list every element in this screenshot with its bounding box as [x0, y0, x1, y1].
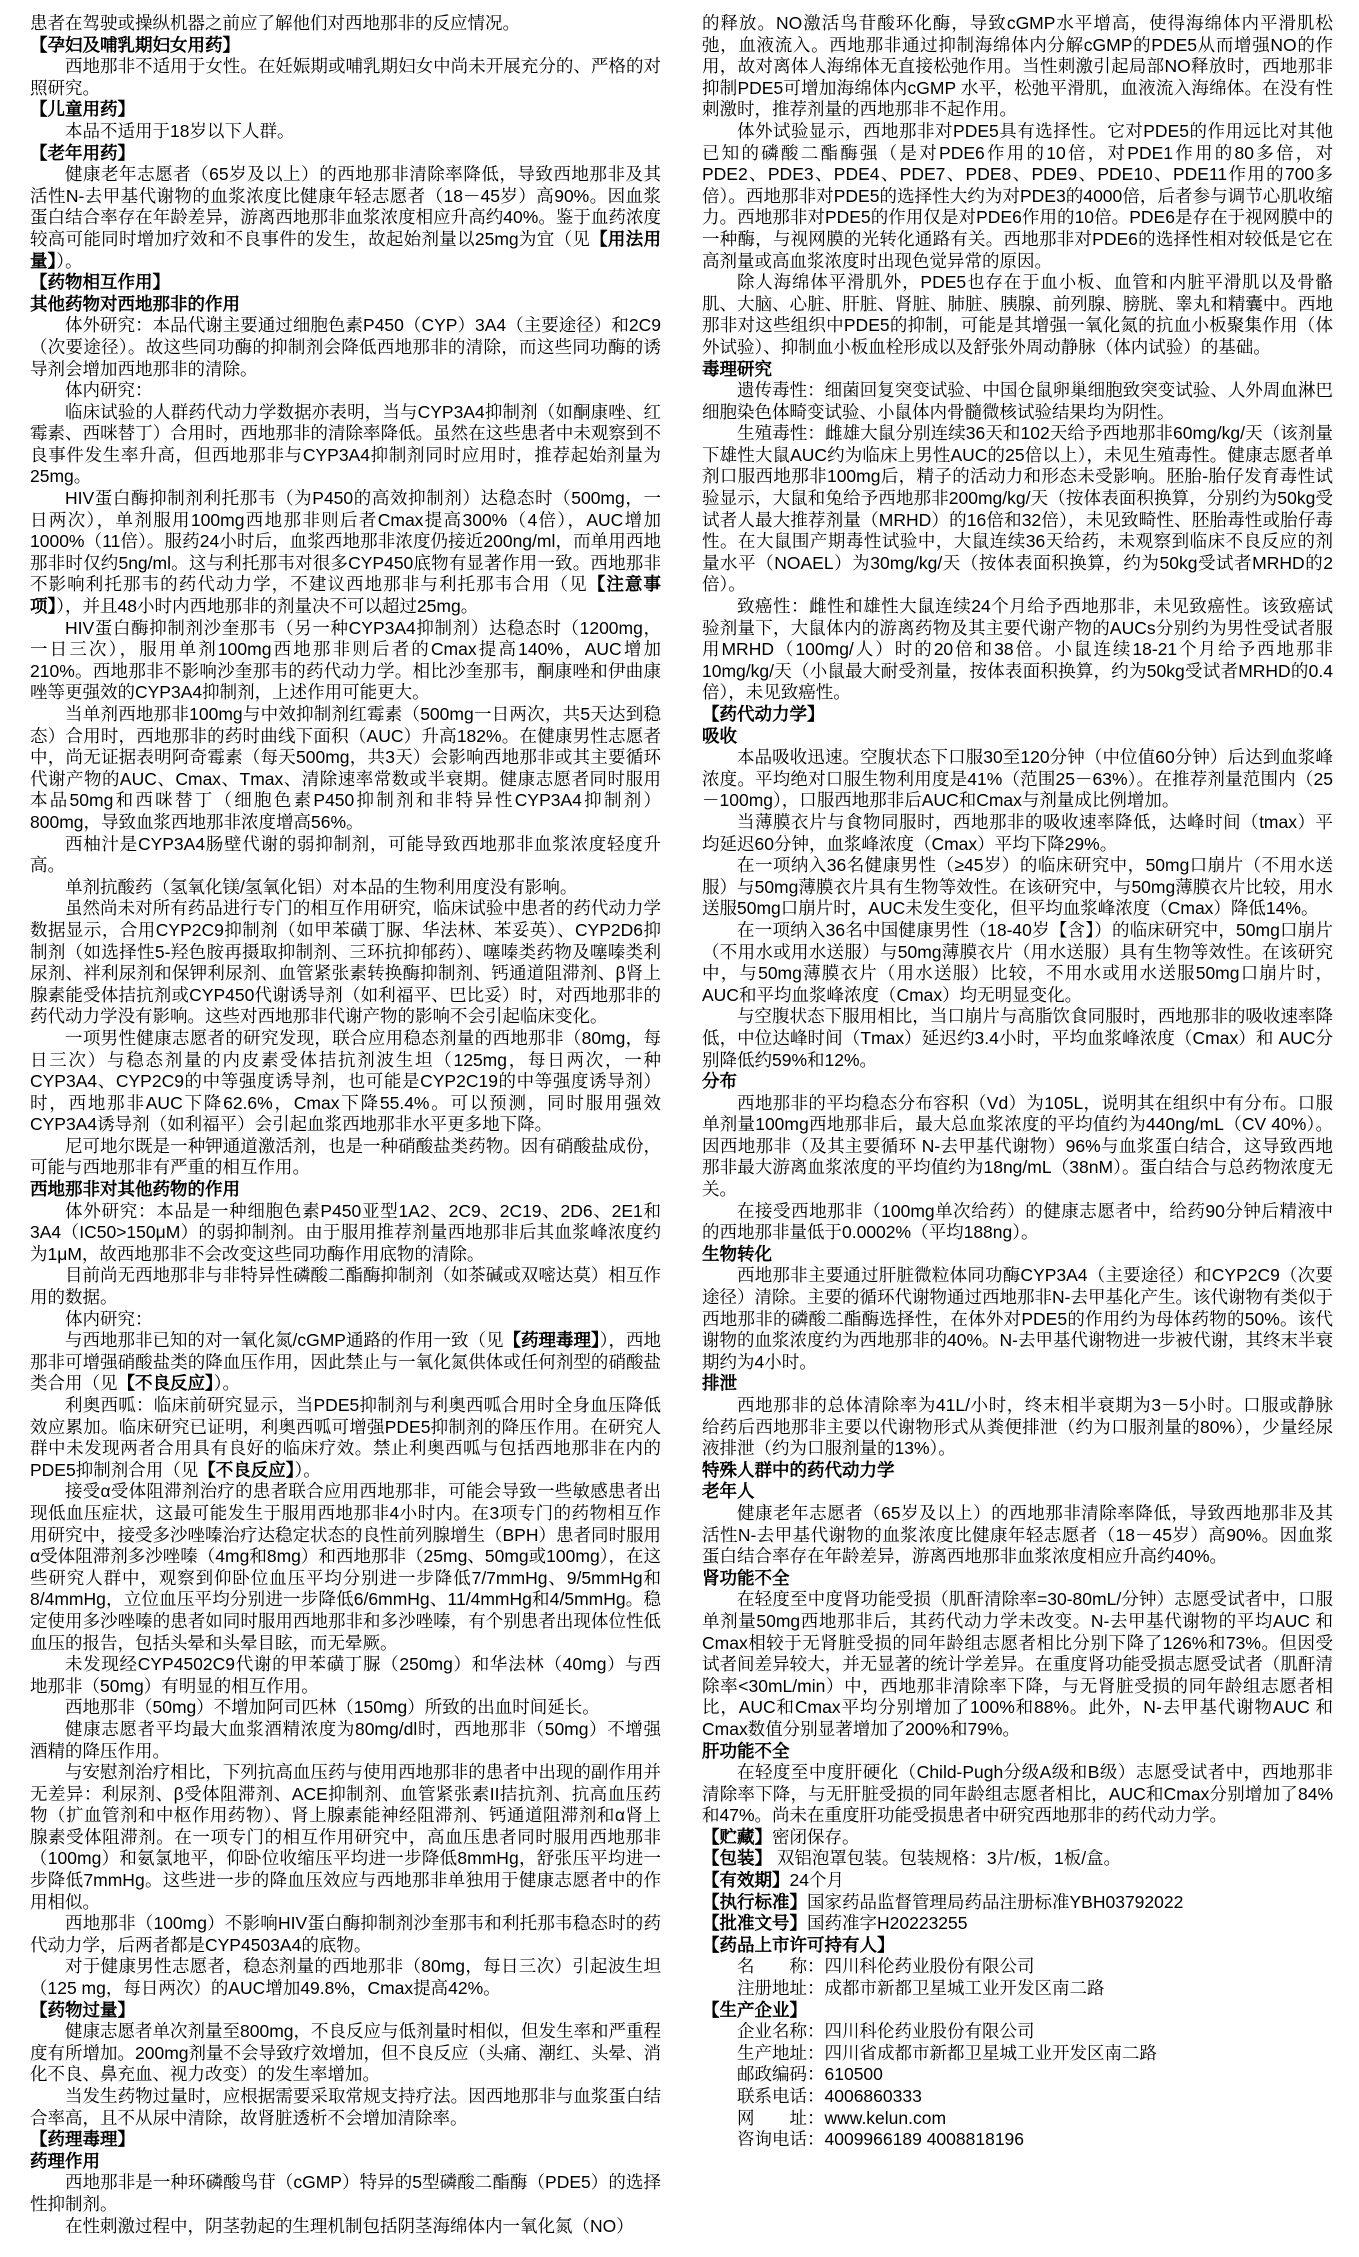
paragraph: 体外研究：本品是一种细胞色素P450亚型1A2、2C9、2C19、2D6、2E1…	[30, 1201, 661, 1266]
paragraph: 临床试验的人群药代动力学数据亦表明，当与CYP3A4抑制剂（如酮康唑、红霉素、西…	[30, 402, 661, 488]
labeled-field-line: 【批准文号】国药准字H20223255	[702, 1913, 1333, 1935]
field-line: 名 称：四川科伦药业股份有限公司	[702, 1956, 1333, 1978]
paragraph-continuation: 患者在驾驶或操纵机器之前应了解他们对西地那非的反应情况。	[30, 13, 661, 35]
paragraph: 当发生药物过量时，应根据需要采取常规支持疗法。因西地那非与血浆蛋白结合率高，且不…	[30, 2086, 661, 2129]
section-header: 【药物相互作用】	[30, 272, 661, 294]
field-line: 生产地址：四川省成都市新都卫星城工业开发区南二路	[702, 2043, 1333, 2065]
section-header: 【药代动力学】	[702, 704, 1333, 726]
section-header: 【儿童用药】	[30, 99, 661, 121]
paragraph: 西地那非不适用于女性。在妊娠期或哺乳期妇女中尚未开展充分的、严格的对照研究。	[30, 56, 661, 99]
labeled-field-line: 【包装】 双铝泡罩包装。包装规格：3片/板，1板/盒。	[702, 1848, 1333, 1870]
paragraph: 当单剂西地那非100mg与中效抑制剂红霉素（500mg一日两次，共5天达到稳态）…	[30, 704, 661, 834]
paragraph: 体外试验显示，西地那非对PDE5具有选择性。它对PDE5的作用远比对其他已知的磷…	[702, 121, 1333, 272]
labeled-field-line: 【执行标准】国家药品监督管理局药品注册标准YBH03792022	[702, 1892, 1333, 1914]
section-header: 【药理毒理】	[30, 2129, 661, 2151]
field-line: 企业名称：四川科伦药业股份有限公司	[702, 2021, 1333, 2043]
subheading: 吸收	[702, 726, 1333, 748]
subheading: 老年人	[702, 1481, 1333, 1503]
paragraph: 在一项纳入36名中国健康男性（18-40岁【含】）的临床研究中，50mg口崩片（…	[702, 920, 1333, 1006]
paragraph: 西地那非是一种环磷酸鸟苷（cGMP）特异的5型磷酸二酯酶（PDE5）的选择性抑制…	[30, 2172, 661, 2215]
subheading: 西地那非对其他药物的作用	[30, 1179, 661, 1201]
paragraph: 遗传毒性：细菌回复突变试验、中国仓鼠卵巢细胞致突变试验、人外周血淋巴细胞染色体畸…	[702, 380, 1333, 423]
paragraph: 健康老年志愿者（65岁及以上）的西地那非清除率降低，导致西地那非及其活性N-去甲…	[30, 164, 661, 272]
paragraph: 在轻度至中度肾功能受损（肌酐清除率=30-80mL/分钟）志愿受试者中，口服单剂…	[702, 1589, 1333, 1740]
subheading: 其他药物对西地那非的作用	[30, 294, 661, 316]
paragraph: 未发现经CYP4502C9代谢的甲苯磺丁脲（250mg）和华法林（40mg）与西…	[30, 1654, 661, 1697]
paragraph-continuation: 的释放。NO激活鸟苷酸环化酶，导致cGMP水平增高，使得海绵体内平滑肌松弛，血液…	[702, 13, 1333, 121]
paragraph: 西地那非（50mg）不增加阿司匹林（150mg）所致的出血时间延长。	[30, 1697, 661, 1719]
paragraph: 西地那非的平均稳态分布容积（Vd）为105L，说明其在组织中有分布。口服单剂量1…	[702, 1093, 1333, 1201]
section-header: 【药物过量】	[30, 2000, 661, 2022]
paragraph: 西地那非主要通过肝脏微粒体同功酶CYP3A4（主要途径）和CYP2C9（次要途径…	[702, 1265, 1333, 1373]
subheading: 排泄	[702, 1373, 1333, 1395]
labeled-field-line: 【贮藏】密闭保存。	[702, 1827, 1333, 1849]
paragraph: 单剂抗酸药（氢氧化镁/氢氧化铝）对本品的生物利用度没有影响。	[30, 877, 661, 899]
subheading: 肾功能不全	[702, 1568, 1333, 1590]
field-line: 邮政编码：610500	[702, 2064, 1333, 2086]
subheading: 药理作用	[30, 2151, 661, 2173]
paragraph: 与安慰剂治疗相比，下列抗高血压药与使用西地那非的患者中出现的副作用并无差异：利尿…	[30, 1762, 661, 1913]
labeled-field-line: 【有效期】24个月	[702, 1870, 1333, 1892]
paragraph: 在性刺激过程中，阴茎勃起的生理机制包括阴茎海绵体内一氧化氮（NO）	[30, 2216, 661, 2238]
section-header: 【生产企业】	[702, 2000, 1333, 2022]
subheading: 生物转化	[702, 1244, 1333, 1266]
paragraph: 健康志愿者平均最大血浆酒精浓度为80mg/dl时，西地那非（50mg）不增强酒精…	[30, 1719, 661, 1762]
field-line: 注册地址：成都市新都卫星城工业开发区南二路	[702, 1978, 1333, 2000]
paragraph: 接受α受体阻滞剂治疗的患者联合应用西地那非，可能会导致一些敏感患者出现低血压症状…	[30, 1481, 661, 1654]
paragraph: 西柚汁是CYP3A4肠壁代谢的弱抑制剂，可能导致西地那非血浆浓度轻度升高。	[30, 834, 661, 877]
paragraph: 体内研究：	[30, 1309, 661, 1331]
field-line: 网 址：www.kelun.com	[702, 2108, 1333, 2130]
paragraph: 健康老年志愿者（65岁及以上）的西地那非清除率降低，导致西地那非及其活性N-去甲…	[702, 1503, 1333, 1568]
subheading: 肝功能不全	[702, 1741, 1333, 1763]
paragraph: 在轻度至中度肝硬化（Child-Pugh分级A级和B级）志愿受试者中，西地那非清…	[702, 1762, 1333, 1827]
paragraph: 体内研究：	[30, 380, 661, 402]
paragraph: 除人海绵体平滑肌外，PDE5也存在于血小板、血管和内脏平滑肌以及骨骼肌、大脑、心…	[702, 272, 1333, 358]
paragraph: 虽然尚未对所有药品进行专门的相互作用研究，临床试验中患者的药代动力学数据显示，合…	[30, 898, 661, 1028]
paragraph: 与西地那非已知的对一氧化氮/cGMP通路的作用一致（见【药理毒理】），西地那非可…	[30, 1330, 661, 1395]
paragraph: 对于健康男性志愿者，稳态剂量的西地那非（80mg，每日三次）引起波生坦（125 …	[30, 1956, 661, 1999]
section-header: 【孕妇及哺乳期妇女用药】	[30, 35, 661, 57]
left-column: 患者在驾驶或操纵机器之前应了解他们对西地那非的反应情况。【孕妇及哺乳期妇女用药】…	[30, 13, 661, 2237]
section-header: 【老年用药】	[30, 143, 661, 165]
paragraph: 西地那非的总体清除率为41L/小时，终末相半衰期为3－5小时。口服或静脉给药后西…	[702, 1395, 1333, 1460]
paragraph: 在一项纳入36名健康男性（≥45岁）的临床研究中，50mg口崩片（不用水送服）与…	[702, 855, 1333, 920]
paragraph: 在接受西地那非（100mg单次给药）的健康志愿者中，给药90分钟后精液中的西地那…	[702, 1201, 1333, 1244]
subheading: 分布	[702, 1071, 1333, 1093]
paragraph: 目前尚无西地那非与非特异性磷酸二酯酶抑制剂（如茶碱或双嘧达莫）相互作用的数据。	[30, 1265, 661, 1308]
paragraph: 西地那非（100mg）不影响HIV蛋白酶抑制剂沙奎那韦和利托那韦稳态时的药代动力…	[30, 1913, 661, 1956]
drug-leaflet-page: 患者在驾驶或操纵机器之前应了解他们对西地那非的反应情况。【孕妇及哺乳期妇女用药】…	[0, 0, 1359, 2257]
subheading: 毒理研究	[702, 359, 1333, 381]
paragraph: HIV蛋白酶抑制剂利托那韦（为P450的高效抑制剂）达稳态时（500mg，一日两…	[30, 488, 661, 618]
right-column: 的释放。NO激活鸟苷酸环化酶，导致cGMP水平增高，使得海绵体内平滑肌松弛，血液…	[702, 13, 1333, 2237]
paragraph: 致癌性：雌性和雄性大鼠连续24个月给予西地那非，未见致癌性。该致癌试验剂量下，大…	[702, 596, 1333, 704]
subheading: 特殊人群中的药代动力学	[702, 1460, 1333, 1482]
paragraph: 利奥西呱：临床前研究显示，当PDE5抑制剂与利奥西呱合用时全身血压降低效应累加。…	[30, 1395, 661, 1481]
paragraph: 体外研究：本品代谢主要通过细胞色素P450（CYP）3A4（主要途径）和2C9（…	[30, 315, 661, 380]
field-line: 联系电话：4006860333	[702, 2086, 1333, 2108]
paragraph: 与空腹状态下服用相比，当口崩片与高脂饮食同服时，西地那非的吸收速率降低，中位达峰…	[702, 1006, 1333, 1071]
paragraph: 一项男性健康志愿者的研究发现，联合应用稳态剂量的西地那非（80mg，每日三次）与…	[30, 1028, 661, 1136]
paragraph: 生殖毒性：雌雄大鼠分别连续36天和102天给予西地那非60mg/kg/天（该剂量…	[702, 423, 1333, 596]
paragraph: 尼可地尔既是一种钾通道激活剂，也是一种硝酸盐类药物。因有硝酸盐成份，可能与西地那…	[30, 1136, 661, 1179]
paragraph: 本品不适用于18岁以下人群。	[30, 121, 661, 143]
paragraph: 健康志愿者单次剂量至800mg，不良反应与低剂量时相似，但发生率和严重程度有所增…	[30, 2021, 661, 2086]
section-header: 【药品上市许可持有人】	[702, 1935, 1333, 1957]
field-line: 咨询电话：4009966189 4008818196	[702, 2129, 1333, 2151]
paragraph: 当薄膜衣片与食物同服时，西地那非的吸收速率降低，达峰时间（tmax）平均延迟60…	[702, 812, 1333, 855]
paragraph: 本品吸收迅速。空腹状态下口服30至120分钟（中位值60分钟）后达到血浆峰浓度。…	[702, 747, 1333, 812]
paragraph: HIV蛋白酶抑制剂沙奎那韦（另一种CYP3A4抑制剂）达稳态时（1200mg，一…	[30, 618, 661, 704]
